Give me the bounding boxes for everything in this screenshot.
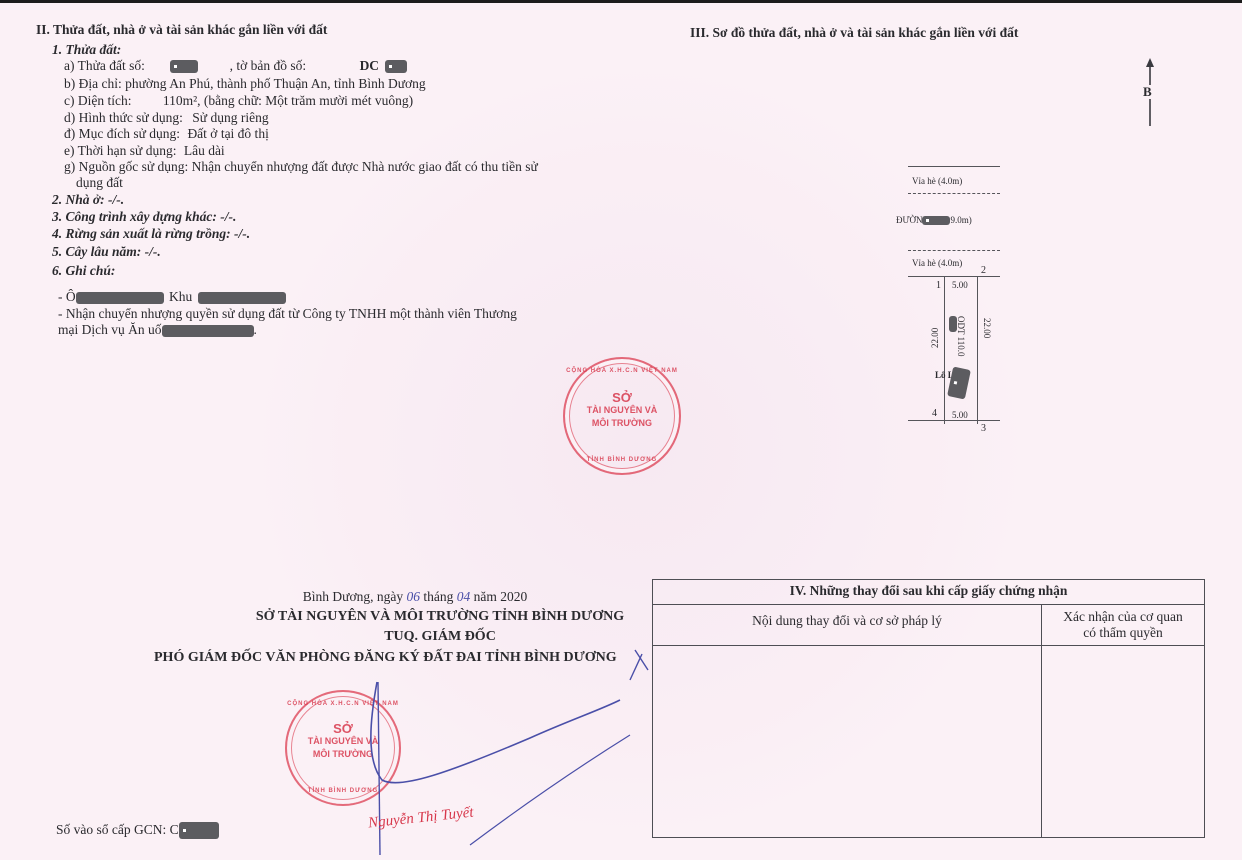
notes-heading: 6. Ghi chú: — [52, 263, 115, 279]
usage-purpose-value: Đất ở tại đô thị — [187, 126, 268, 141]
area-line: c) Diện tích: 110m², (bằng chữ: Một trăm… — [64, 93, 413, 109]
changes-table: IV. Những thay đổi sau khi cấp giấy chứn… — [652, 579, 1205, 838]
redacted-road-name — [922, 216, 950, 225]
area-label: c) Diện tích: — [64, 93, 131, 108]
sidewalk-bottom-label: Vỉa hè (4.0m) — [912, 258, 962, 268]
sidewalk-top-dash — [908, 193, 1000, 195]
date-year: năm 2020 — [474, 589, 528, 604]
redacted-area-name — [198, 292, 286, 304]
sidewalk-bottom-dash — [908, 250, 1000, 252]
stamp-line-1: SỞ — [565, 391, 679, 404]
authority-line-2: có thẩm quyền — [1043, 625, 1203, 641]
address-line: b) Địa chỉ: phường An Phú, thành phố Thu… — [64, 76, 426, 92]
note-line-1: - Ô Khu — [58, 289, 286, 305]
land-code-area: ODT 110.0 — [956, 316, 966, 357]
signature-date: Bình Dương, ngày 06 tháng 04 năm 2020 — [160, 589, 670, 605]
usage-term-value: Lâu dài — [184, 143, 225, 158]
stamp-line-2: TÀI NGUYÊN VÀ — [565, 404, 679, 417]
road-edge-top — [908, 166, 1000, 167]
left-length: 22.00 — [930, 328, 940, 348]
date-prefix: Bình Dương, ngày — [303, 589, 403, 604]
note-3-suffix: . — [254, 322, 257, 337]
section-3-title: III. Sơ đồ thửa đất, nhà ở và tài sản kh… — [690, 25, 1018, 41]
usage-purpose-line: đ) Mục đích sử dụng: Đất ở tại đô thị — [64, 126, 269, 142]
area-value: 110m², (bằng chữ: Một trăm mười mét vuôn… — [163, 93, 413, 108]
road-prefix: ĐƯỜN — [896, 215, 922, 225]
parcel-number-label: a) Thửa đất số: — [64, 58, 145, 73]
stamp-ring-bottom: TỈNH BÌNH DƯƠNG — [565, 457, 679, 463]
usage-form-line: d) Hình thức sử dụng: Sử dụng riêng — [64, 110, 269, 126]
redacted-registry-number — [179, 822, 219, 839]
registry-label: Số vào sổ cấp GCN: C — [56, 822, 179, 837]
land-parcel-line: a) Thửa đất số: , tờ bản đồ số: DC — [64, 58, 407, 74]
column-authority-confirmation: Xác nhận của cơ quan có thẩm quyền — [1042, 605, 1205, 646]
point-1: 1 — [936, 280, 941, 291]
parcel-right-line — [977, 276, 978, 424]
note-3-prefix: mại Dịch vụ Ăn uố — [58, 322, 162, 337]
parcel-top-line — [908, 276, 1000, 277]
redacted-owner-name — [76, 292, 164, 304]
road-suffix: 9.0m) — [950, 215, 971, 225]
top-width: 5.00 — [952, 280, 968, 290]
redacted-sketch-mark — [949, 316, 957, 332]
date-month-label: tháng — [423, 589, 453, 604]
house-line: 2. Nhà ở: -/-. — [52, 192, 124, 208]
redacted-parcel-number — [170, 60, 198, 73]
section-4-title: IV. Những thay đổi sau khi cấp giấy chứn… — [653, 580, 1205, 605]
road-label: ĐƯỜN9.0m) — [896, 215, 972, 225]
official-stamp-middle: CỘNG HÒA X.H.C.N VIỆT NAM SỞ TÀI NGUYÊN … — [563, 357, 681, 475]
forest-line: 4. Rừng sản xuất là rừng trồng: -/-. — [52, 226, 250, 242]
change-content-cell — [653, 646, 1042, 838]
stamp-ring-top: CỘNG HÒA X.H.C.N VIỆT NAM — [565, 368, 679, 374]
sidewalk-top-label: Vỉa hè (4.0m) — [912, 176, 962, 186]
map-sheet-label: , tờ bản đồ số: — [230, 58, 307, 73]
stamp-core: SỞ TÀI NGUYÊN VÀ MÔI TRƯỜNG — [565, 391, 679, 430]
column-change-content: Nội dung thay đổi và cơ sở pháp lý — [653, 605, 1042, 646]
land-heading: 1. Thửa đất: — [52, 42, 121, 58]
parcel-left-line — [944, 276, 945, 424]
usage-form-label: d) Hình thức sử dụng: — [64, 110, 183, 125]
note-1-prefix: - Ô — [58, 289, 76, 304]
north-label: B — [1143, 85, 1152, 99]
registry-number: Số vào sổ cấp GCN: C — [56, 822, 219, 839]
parcel-bottom-line — [908, 420, 1000, 421]
right-length: 22.00 — [982, 318, 992, 338]
date-month: 04 — [457, 589, 471, 604]
origin-line-1: g) Nguồn gốc sử dụng: Nhận chuyển nhượng… — [64, 159, 538, 175]
origin-line-2: dụng đất — [76, 175, 123, 191]
point-3: 3 — [981, 423, 986, 434]
authority-line-1: Xác nhận của cơ quan — [1043, 609, 1203, 625]
point-4: 4 — [932, 408, 937, 419]
date-day: 06 — [406, 589, 420, 604]
changes-table-header-row: Nội dung thay đổi và cơ sở pháp lý Xác n… — [653, 605, 1205, 646]
note-1-khu: Khu — [169, 289, 192, 304]
note-line-3: mại Dịch vụ Ăn uố. — [58, 322, 257, 338]
stamp-line-3: MÔI TRƯỜNG — [565, 417, 679, 430]
changes-table-title-row: IV. Những thay đổi sau khi cấp giấy chứn… — [653, 580, 1205, 605]
other-construction-line: 3. Công trình xây dựng khác: -/-. — [52, 209, 236, 225]
authority-cell — [1042, 646, 1205, 838]
redacted-company-name — [162, 325, 254, 337]
point-2: 2 — [981, 265, 986, 276]
map-sheet-prefix: DC — [360, 58, 380, 73]
note-line-2: - Nhận chuyển nhượng quyền sử dụng đất t… — [58, 306, 517, 322]
scan-top-edge — [0, 0, 1242, 3]
usage-form-value: Sử dụng riêng — [192, 110, 268, 125]
perennial-line: 5. Cây lâu năm: -/-. — [52, 244, 161, 260]
usage-term-label: e) Thời hạn sử dụng: — [64, 143, 176, 158]
signature-org: SỞ TÀI NGUYÊN VÀ MÔI TRƯỜNG TỈNH BÌNH DƯ… — [160, 609, 720, 625]
redacted-map-sheet — [385, 60, 407, 73]
section-2-title: II. Thửa đất, nhà ở và tài sản khác gắn … — [36, 22, 327, 38]
usage-purpose-label: đ) Mục đích sử dụng: — [64, 126, 180, 141]
changes-table-body-row — [653, 646, 1205, 838]
usage-term-line: e) Thời hạn sử dụng: Lâu dài — [64, 143, 225, 159]
bottom-width: 5.00 — [952, 410, 968, 420]
